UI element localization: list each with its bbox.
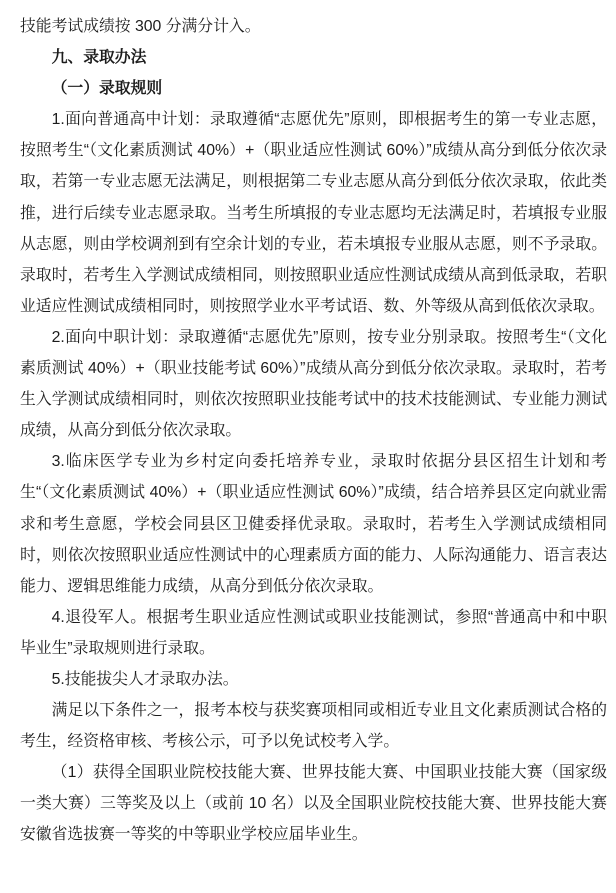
- subsection-heading: （一）录取规则: [20, 73, 607, 104]
- exemption-item-1-paragraph: （1）获得全国职业院校技能大赛、世界技能大赛、中国职业技能大赛（国家级一类大赛）…: [20, 757, 607, 850]
- rule-3-paragraph: 3.临床医学专业为乡村定向委托培养专业，录取时依据分县区招生计划和考生“（文化素…: [20, 446, 607, 601]
- section-heading: 九、录取办法: [20, 42, 607, 73]
- exemption-intro-paragraph: 满足以下条件之一，报考本校与获奖赛项相同或相近专业且文化素质测试合格的考生，经资…: [20, 695, 607, 757]
- document-page: 技能考试成绩按 300 分满分计入。 九、录取办法 （一）录取规则 1.面向普通…: [0, 0, 616, 893]
- rule-4-paragraph: 4.退役军人。根据考生职业适应性测试或职业技能测试，参照“普通高中和中职毕业生”…: [20, 602, 607, 664]
- carryover-line: 技能考试成绩按 300 分满分计入。: [20, 11, 607, 42]
- rule-2-paragraph: 2.面向中职计划：录取遵循“志愿优先”原则，按专业分别录取。按照考生“（文化素质…: [20, 322, 607, 446]
- rule-5-paragraph: 5.技能拔尖人才录取办法。: [20, 664, 607, 695]
- rule-1-paragraph: 1.面向普通高中计划：录取遵循“志愿优先”原则，即根据考生的第一专业志愿，按照考…: [20, 104, 607, 322]
